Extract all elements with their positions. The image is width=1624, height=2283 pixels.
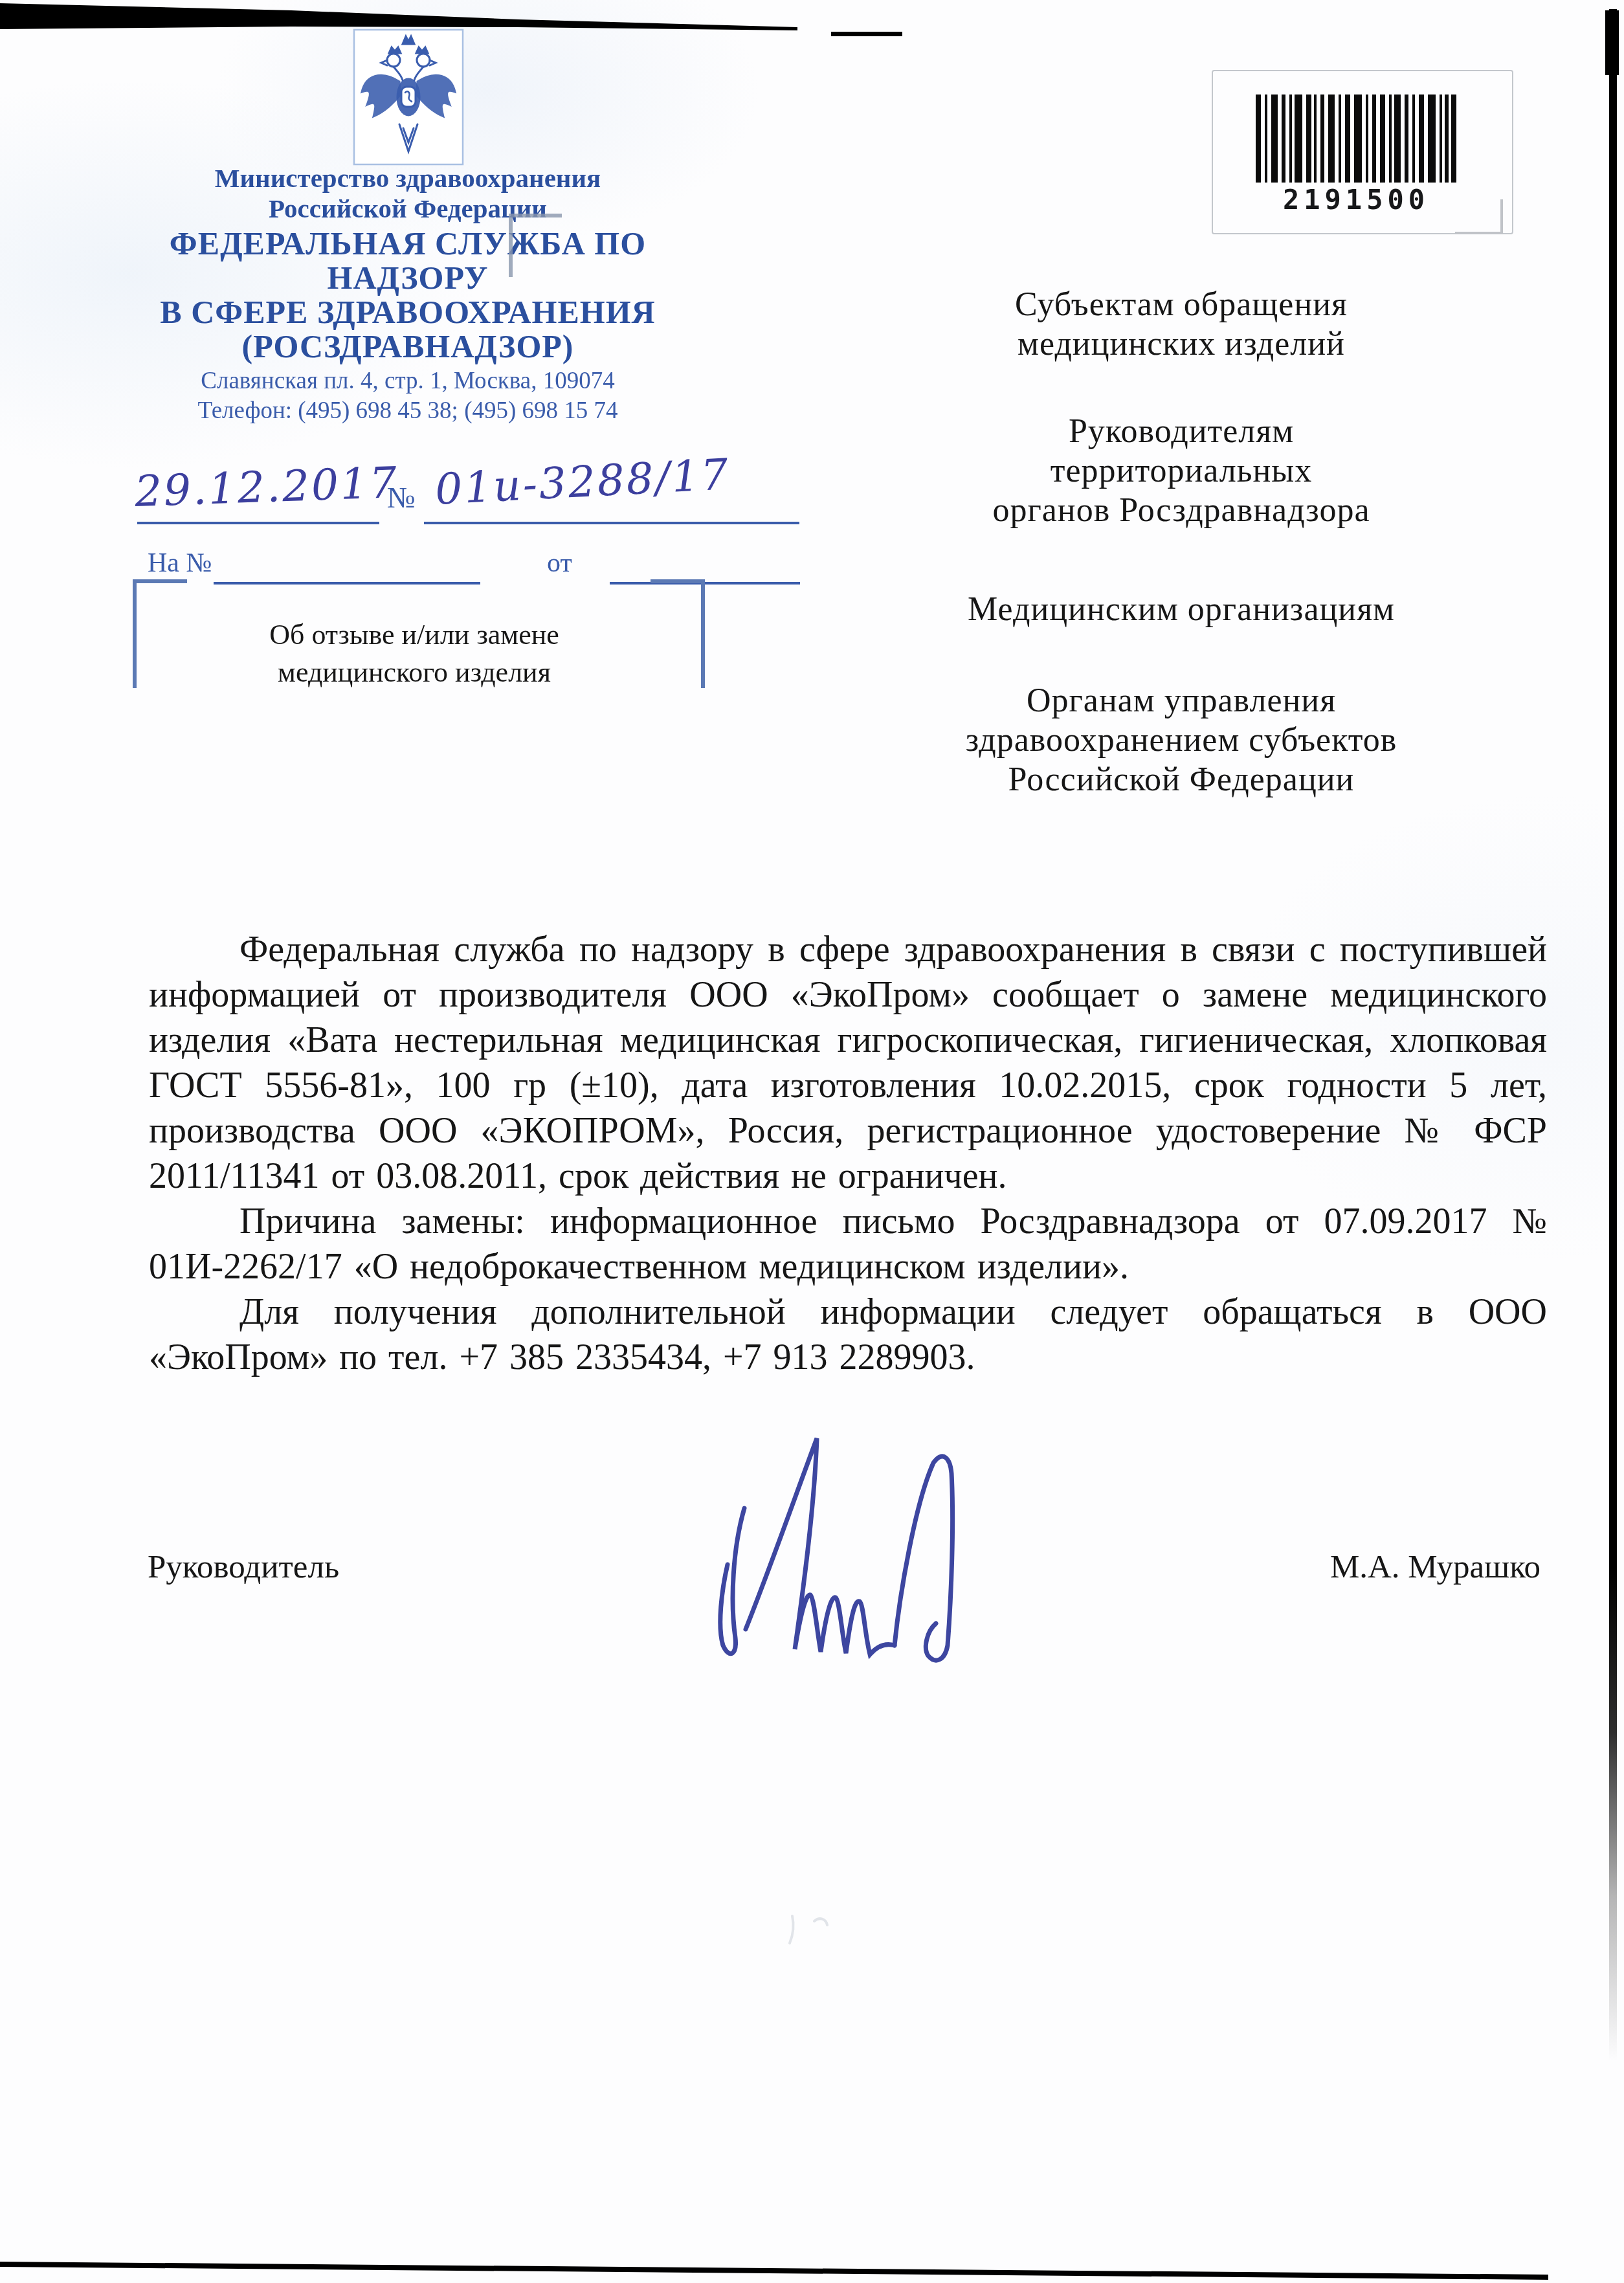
- body-paragraph-2: Причина замены: информационное письмо Ро…: [149, 1199, 1547, 1289]
- coat-of-arms-icon: [353, 28, 464, 166]
- scan-artifact-right-edge-top: [1605, 10, 1619, 75]
- scan-artifact-bottom: [0, 2255, 1553, 2283]
- recipient-group: Руководителям территориальных органов Ро…: [809, 412, 1553, 530]
- signer-name: М.А. Мурашко: [1262, 1548, 1541, 1586]
- agency-name: ФЕДЕРАЛЬНАЯ СЛУЖБА ПО НАДЗОРУ В СФЕРЕ ЗД…: [115, 227, 700, 364]
- barcode-number: 2191500: [1251, 184, 1462, 216]
- handwritten-date: 29.12.2017: [134, 458, 399, 517]
- recipient-group: Медицинским организациям: [809, 590, 1553, 629]
- subject-line1: Об отзыве и/или замене: [181, 616, 647, 654]
- recipient-group: Субъектам обращения медицинских изделий: [809, 285, 1553, 364]
- subject-block: Об отзыве и/или замене медицинского изде…: [181, 616, 647, 691]
- reply-from-date-label: от: [547, 548, 572, 579]
- recipient-line: Российской Федерации: [809, 760, 1553, 799]
- recipient-line: Руководителям: [809, 412, 1553, 451]
- recipients-block: Субъектам обращения медицинских изделий …: [809, 285, 1553, 847]
- blank-line-date: [137, 522, 379, 524]
- recipient-line: территориальных: [809, 451, 1553, 491]
- agency-name-line2: В СФЕРЕ ЗДРАВООХРАНЕНИЯ: [115, 295, 700, 329]
- subject-line2: медицинского изделия: [181, 654, 647, 691]
- agency-phone: Телефон: (495) 698 45 38; (495) 698 15 7…: [115, 396, 700, 426]
- ministry-name-line1: Министерство здравоохранения: [115, 163, 700, 194]
- letter-body: Федеральная служба по надзору в сфере зд…: [149, 927, 1547, 1380]
- recipient-line: медицинских изделий: [809, 324, 1553, 364]
- agency-address: Славянская пл. 4, стр. 1, Москва, 109074: [115, 366, 700, 396]
- fold-mark-subject-left: [133, 579, 187, 688]
- signature-icon: [647, 1432, 997, 1684]
- scan-artifact-right-edge: [1609, 9, 1617, 2061]
- body-paragraph-1: Федеральная служба по надзору в сфере зд…: [149, 927, 1547, 1199]
- fold-mark-address-zone: [509, 214, 562, 277]
- number-sign-label: №: [387, 480, 416, 515]
- blank-line-reply-date: [610, 582, 800, 585]
- reply-to-number-label: На №: [148, 548, 212, 579]
- agency-contact: Славянская пл. 4, стр. 1, Москва, 109074…: [115, 366, 700, 426]
- blank-line-number: [424, 522, 799, 524]
- handwritten-outgoing-number: 01и-3288/17: [434, 449, 731, 515]
- recipient-line: Субъектам обращения: [809, 285, 1553, 324]
- fold-mark-barcode-corner: [1455, 199, 1503, 234]
- recipient-line: здравоохранением субъектов: [809, 720, 1553, 760]
- agency-name-line1: ФЕДЕРАЛЬНАЯ СЛУЖБА ПО НАДЗОРУ: [115, 227, 700, 295]
- recipient-group: Органам управления здравоохранением субъ…: [809, 681, 1553, 799]
- ministry-name: Министерство здравоохранения Российской …: [115, 163, 700, 224]
- recipient-line: Медицинским организациям: [809, 590, 1553, 629]
- scanned-letter-page: Министерство здравоохранения Российской …: [0, 0, 1624, 2283]
- scan-artifact-smudge: [784, 1908, 843, 1954]
- body-paragraph-3: Для получения дополнительной информации …: [149, 1289, 1547, 1380]
- fold-mark-subject-right: [651, 579, 705, 688]
- ministry-name-line2: Российской Федерации: [115, 194, 700, 224]
- recipient-line: органов Росздравнадзора: [809, 491, 1553, 530]
- blank-line-reply-number: [214, 582, 480, 585]
- barcode-icon: [1256, 95, 1456, 183]
- agency-name-line3: (РОСЗДРАВНАДЗОР): [115, 329, 700, 364]
- position-title: Руководитель: [148, 1548, 339, 1586]
- recipient-line: Органам управления: [809, 681, 1553, 720]
